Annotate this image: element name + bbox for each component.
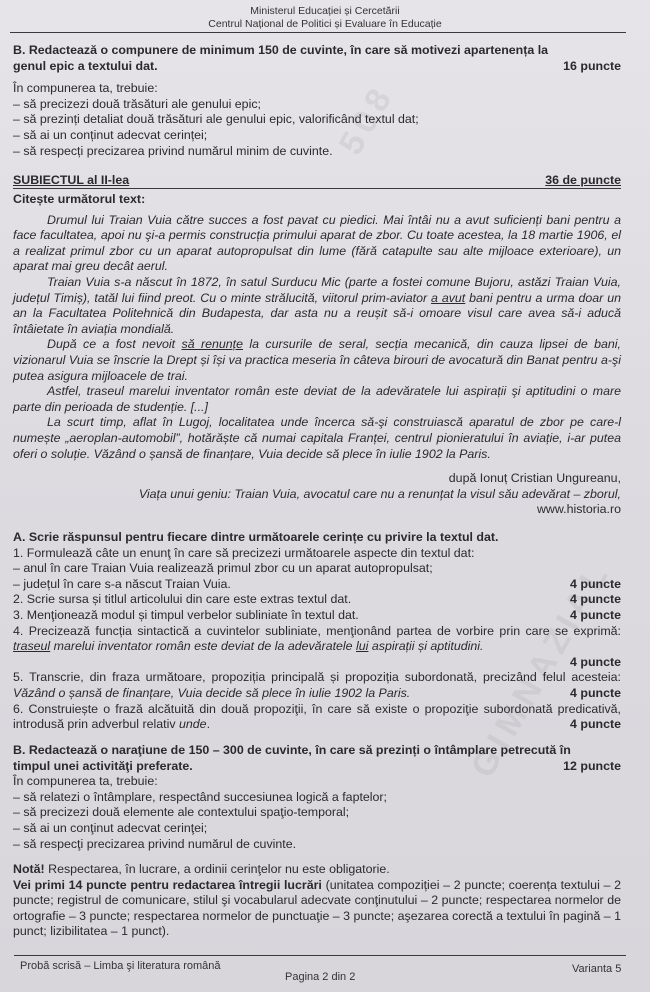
part-b-intro: În compunerea ta, trebuie: (13, 81, 621, 97)
requirement-item: – să precizezi două trăsături ale genulu… (13, 97, 621, 113)
grading-bold: Vei primi 14 puncte pentru redactarea în… (13, 878, 322, 892)
underlined-verb: să renunțe (182, 337, 243, 351)
text-paragraph: La scurt timp, aflat în Lugoj, localitat… (13, 415, 621, 462)
question-1b: – județul în care s-a născut Traian Vuia… (13, 577, 231, 593)
ministry-name: Ministerul Educației și Cercetării (0, 5, 650, 18)
part-b-title: B. Redactează o compunere de minimum 150… (13, 43, 621, 59)
read-instruction: Citește următorul text: (13, 192, 621, 208)
question-points: 4 puncte (570, 717, 621, 733)
underlined-word: traseul (13, 639, 50, 653)
question-points: 4 puncte (570, 686, 621, 702)
text-run: . (207, 717, 210, 731)
part-a: A. Scrie răspunsul pentru fiecare dintre… (13, 530, 621, 733)
center-name: Centrul Național de Politici și Evaluare… (0, 18, 650, 31)
note-block: Notă! Respectarea, în lucrare, a ordinii… (13, 862, 621, 940)
note-line: Notă! Respectarea, în lucrare, a ordinii… (13, 862, 621, 878)
question-3: 3. Menţionează modul și timpul verbelor … (13, 608, 359, 624)
text-paragraph: Drumul lui Traian Vuia către succes a fo… (13, 213, 621, 275)
part-b: B. Redactează o naraţiune de 150 – 300 d… (13, 743, 621, 852)
requirement-item: – să prezinți detaliat două trăsături al… (13, 112, 621, 128)
text-run: 5. Transcrie, din fraza următoare, propo… (13, 670, 621, 684)
requirement-item: – să relatezi o întâmplare, respectând s… (13, 790, 621, 806)
question-2: 2. Scrie sursa și titlul articolului din… (13, 592, 351, 608)
requirement-item: – să ai un conţinut adecvat cerinţei; (13, 821, 621, 837)
part-b2-points: 12 puncte (563, 759, 621, 775)
footer-subject: Probă scrisă – Limba şi literatura român… (20, 960, 221, 972)
subject2-points: 36 de puncte (545, 173, 621, 189)
question-5: 5. Transcrie, din fraza următoare, propo… (13, 670, 621, 701)
note-label: Notă! (13, 862, 45, 876)
question-points: 4 puncte (570, 655, 621, 671)
page-header: Ministerul Educației și Cercetării Centr… (0, 5, 650, 31)
text-paragraph: Astfel, traseul marelui inventator român… (13, 384, 621, 415)
part-b2-title: B. Redactează o naraţiune de 150 – 300 d… (13, 743, 621, 759)
question-1: 1. Formulează câte un enunţ în care să p… (13, 546, 621, 562)
source-title: Viața unui geniu: Traian Vuia, avocatul … (13, 487, 621, 503)
page-number: Pagina 2 din 2 (285, 971, 355, 983)
note-text: Respectarea, în lucrare, a ordinii cerin… (45, 862, 390, 876)
question-points: 4 puncte (570, 608, 621, 624)
text-run: aspirații și aptitudini. (368, 639, 483, 653)
underlined-word: lui (356, 639, 368, 653)
question-1a: – anul în care Traian Vuia realizează pr… (13, 561, 621, 577)
part-b-title-cont: genul epic a textului dat. (13, 59, 158, 75)
text-run: unde (179, 717, 207, 731)
variant-label: Varianta 5 (572, 963, 621, 975)
subject2-title: SUBIECTUL al II-lea (13, 173, 129, 189)
question-points: 4 puncte (570, 577, 621, 593)
text-run: După ce a fost nevoit (47, 337, 182, 351)
part-b-points: 16 puncte (563, 59, 621, 75)
text-run: 6. Construiește o frază alcătuită din do… (13, 702, 621, 732)
text-paragraph: După ce a fost nevoit să renunțe la curs… (13, 337, 621, 384)
subject-divider (13, 188, 621, 189)
question-points: 4 puncte (570, 592, 621, 608)
requirement-item: – să precizezi două elemente ale context… (13, 805, 621, 821)
footer-divider (14, 955, 626, 956)
requirement-item: – să respecți precizarea privind numărul… (13, 144, 621, 160)
text-run: 4. Precizează funcția sintactică a cuvin… (13, 624, 621, 638)
exam-page: 508 GIMNAZIAL Ministerul Educației și Ce… (0, 0, 650, 992)
subject1-part-b: B. Redactează o compunere de minimum 150… (13, 43, 621, 159)
reading-text: Citește următorul text: Drumul lui Traia… (13, 192, 621, 518)
grading-note: Vei primi 14 puncte pentru redactarea în… (13, 878, 621, 940)
requirement-item: – să ai un conținut adecvat cerinței; (13, 128, 621, 144)
underlined-verb: a avut (431, 291, 465, 305)
part-b2-intro: În compunerea ta, trebuie: (13, 774, 621, 790)
source-site: www.historia.ro (13, 502, 621, 518)
text-run: marelui inventator român este deviat de … (50, 639, 356, 653)
header-divider (10, 32, 626, 33)
subject2-header: SUBIECTUL al II-lea 36 de puncte (13, 173, 621, 189)
requirement-item: – să respecţi precizarea privind numărul… (13, 837, 621, 853)
source-author: după Ionuț Cristian Ungureanu, (13, 471, 621, 487)
text-paragraph: Traian Vuia s-a născut în 1872, în satul… (13, 275, 621, 337)
text-run: Văzând o șansă de finanțare, Vuia decide… (13, 686, 410, 700)
part-a-title: A. Scrie răspunsul pentru fiecare dintre… (13, 530, 621, 546)
part-b2-title-cont: timpul unei activităţi preferate. (13, 759, 193, 775)
question-4: 4. Precizează funcția sintactică a cuvin… (13, 624, 621, 655)
question-6: 6. Construiește o frază alcătuită din do… (13, 702, 621, 733)
